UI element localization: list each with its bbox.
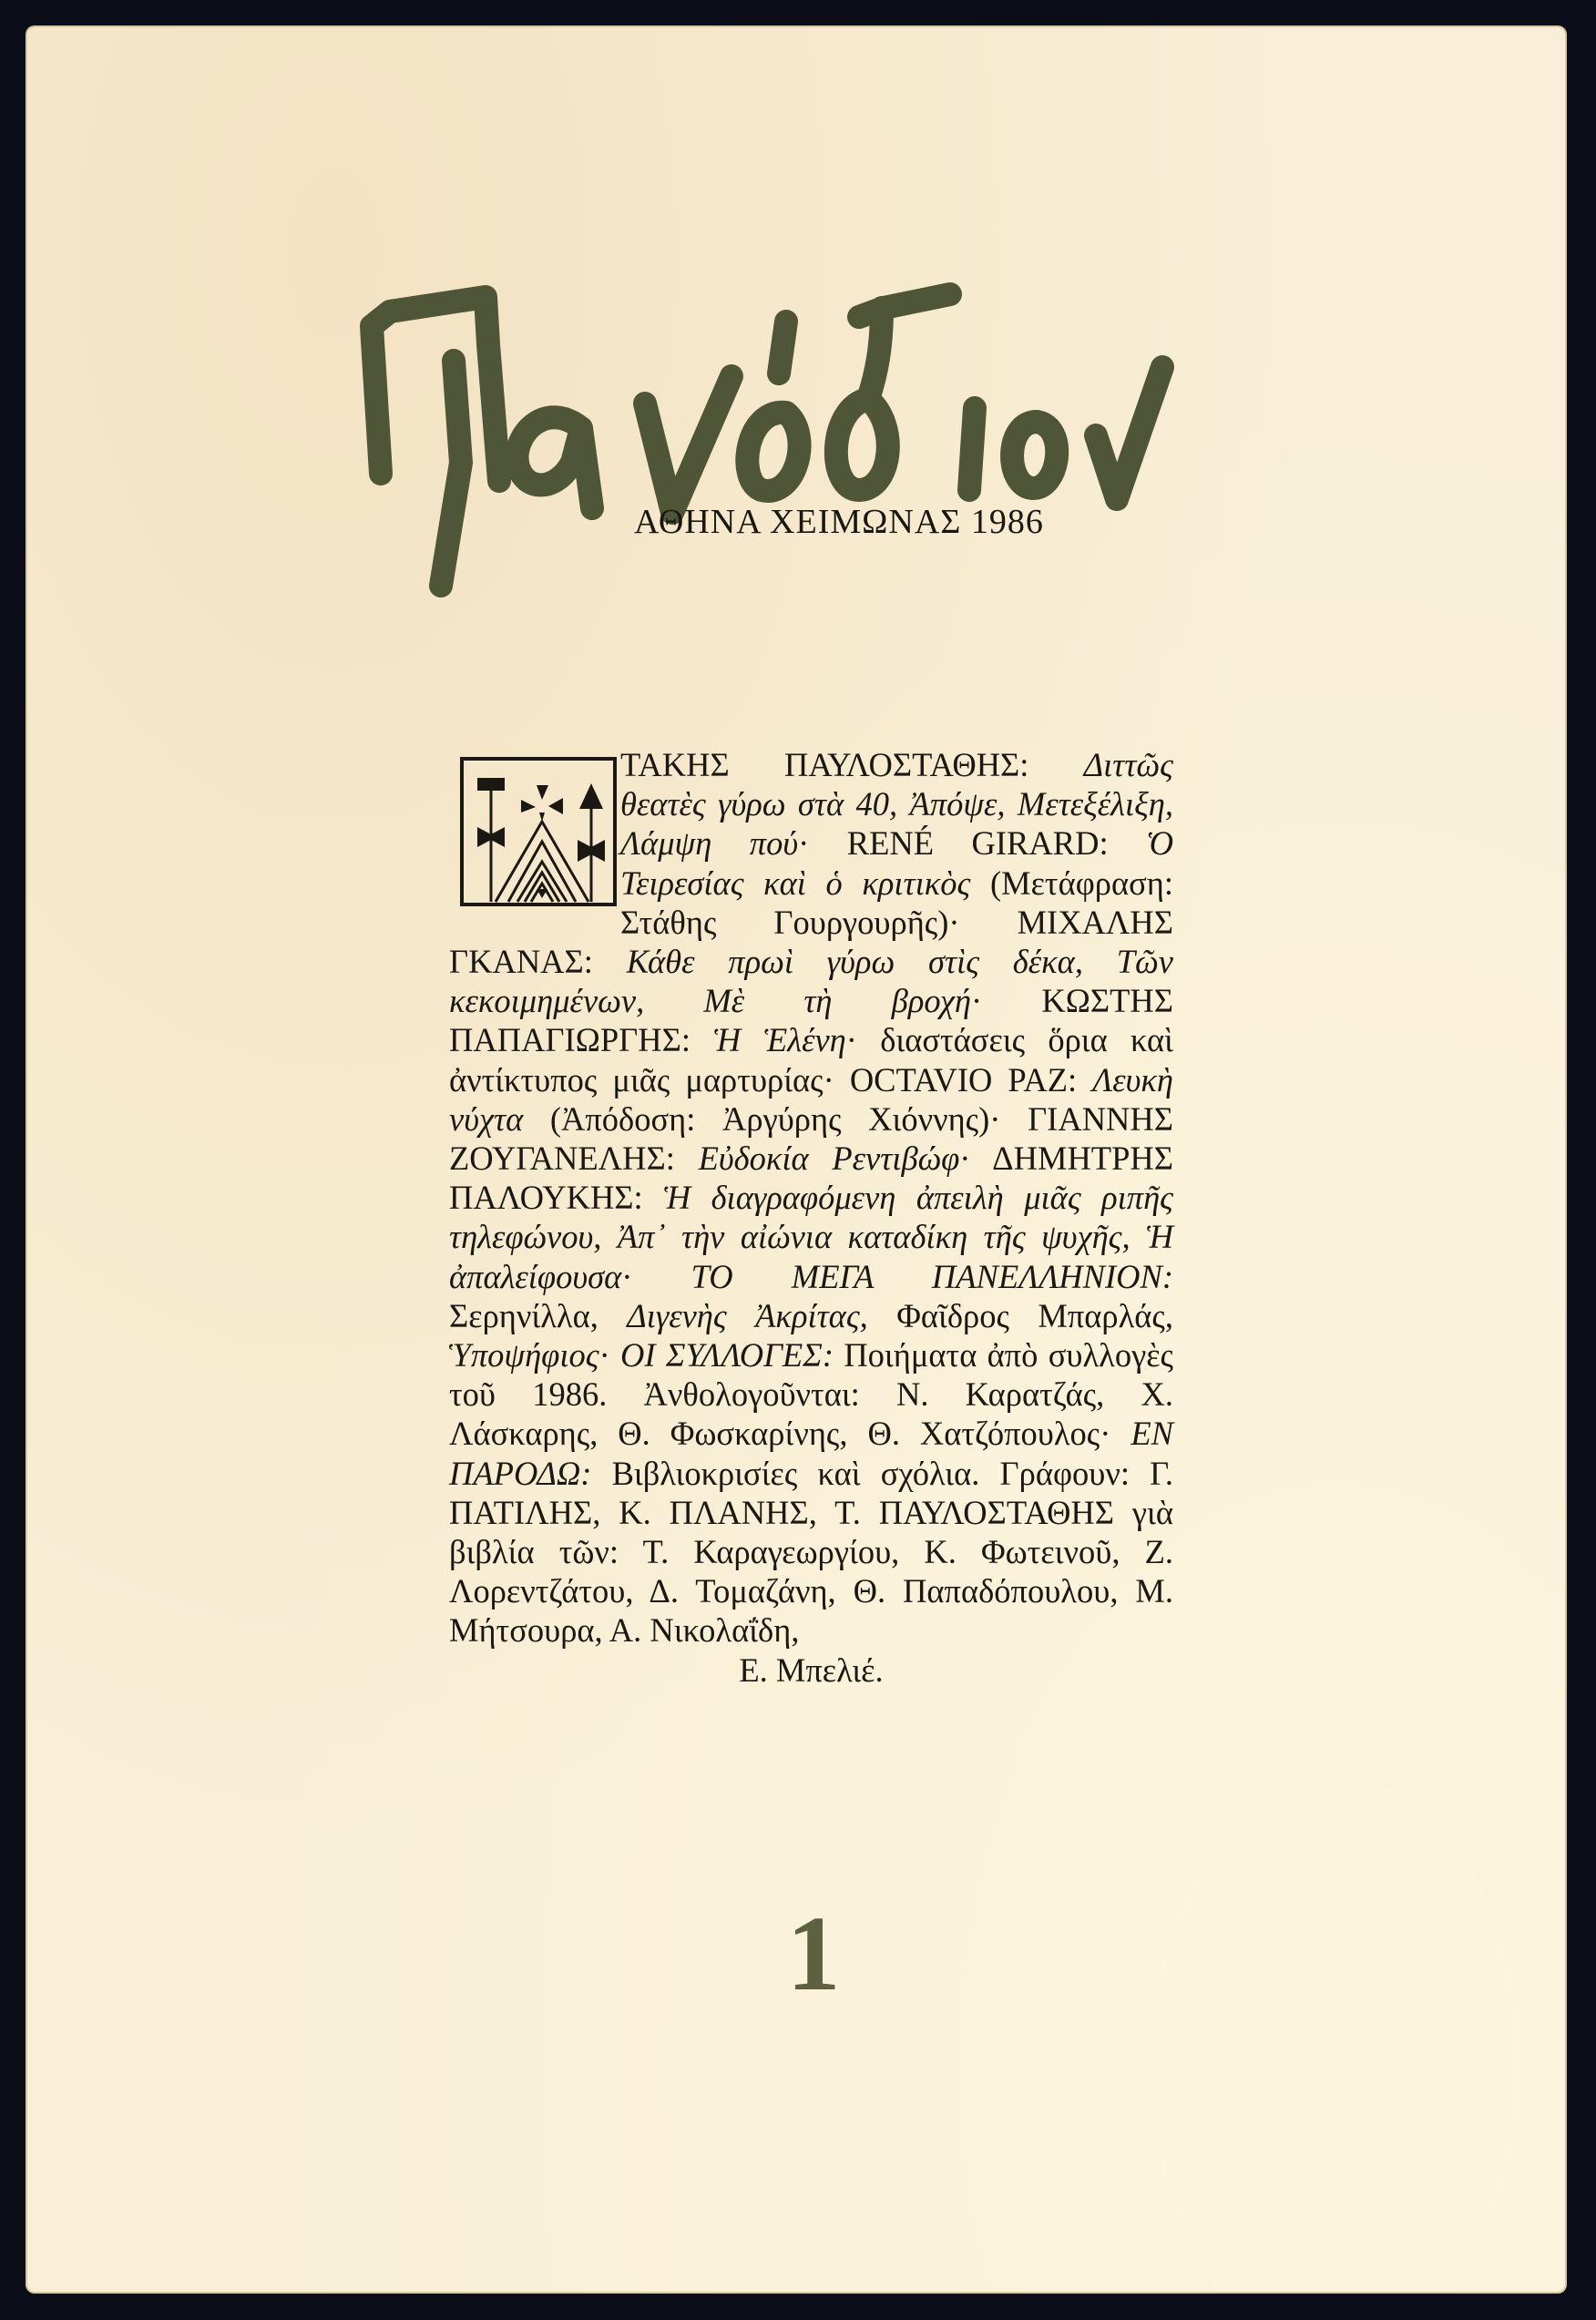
toc-text: Φαῖδρος Μπαρλάς,	[896, 1297, 1173, 1334]
toc-author: ΤΑΚΗΣ ΠΑΥΛΟΣΤΑΘΗΣ:	[620, 746, 1028, 783]
toc-works: Ὑποψήφιος	[449, 1336, 599, 1374]
toc-section: ΟΙ ΣΥΛΛΟΓΕΣ:	[620, 1336, 834, 1374]
toc-author: OCTAVIO PAZ:	[850, 1061, 1077, 1099]
table-of-contents: ΤΑΚΗΣ ΠΑΥΛΟΣΤΑΘΗΣ: Διττῶς θεατὲς γύρω στ…	[449, 745, 1173, 1690]
issue-place-season-year: ΑΘΗΝΑ ΧΕΙΜΩΝΑΣ 1986	[634, 502, 1044, 542]
toc-note: (Ἀπόδοση: Ἀργύρης Χιόννης)	[550, 1100, 989, 1138]
toc-works: Ἡ Ἑλένη	[713, 1021, 846, 1058]
magazine-title-logotype: Πλανόδιον	[353, 217, 1283, 599]
issue-number: 1	[772, 1900, 854, 2008]
toc-author: RENÉ GIRARD:	[847, 824, 1109, 862]
toc-works: Εὐδοκία Ρεντιβώφ	[699, 1140, 960, 1177]
toc-last-line: Ε. Μπελιέ.	[449, 1651, 1173, 1690]
emblem-spacer	[449, 745, 620, 938]
toc-section: ΤΟ ΜΕΓΑ ΠΑΝΕΛΛΗΝΙΟΝ:	[691, 1258, 1173, 1295]
toc-works: Διγενὴς Ἀκρίτας,	[627, 1297, 868, 1334]
toc-text: Σερηνίλλα,	[449, 1297, 598, 1334]
magazine-cover: Πλανόδιον ΑΘΗΝΑ ΧΕΙΜΩΝΑΣ 1986	[26, 26, 1567, 2294]
